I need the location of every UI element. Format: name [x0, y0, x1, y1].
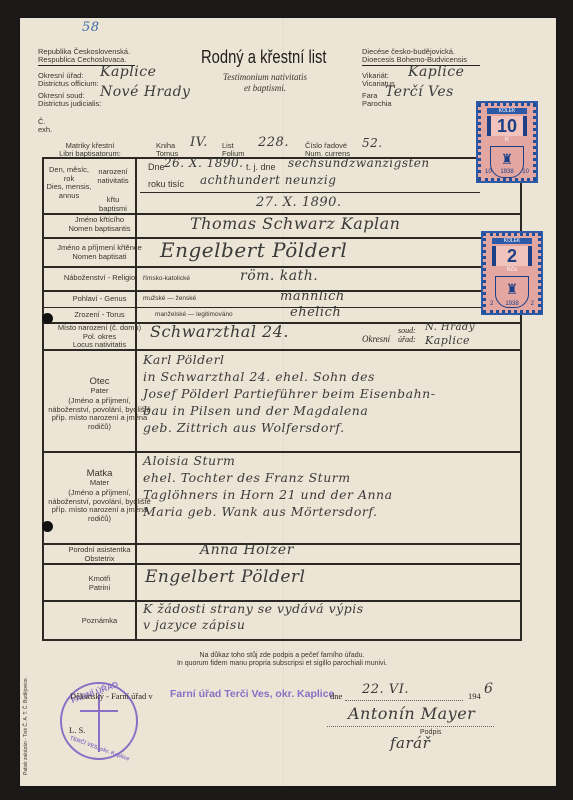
baptized-la: Nomen baptisati: [42, 253, 157, 262]
year-suffix: 6: [484, 681, 493, 697]
exh-label: exh.: [38, 126, 52, 134]
stamp-value: 10: [487, 116, 527, 136]
midwife-label: Porodní asistentka Obstetrix: [42, 546, 157, 563]
fara-la: Parochia: [362, 100, 392, 108]
date-label: Den, měsíc, rok Dies, mensis, annus: [44, 166, 94, 200]
remark-line: K žádosti strany se vydává výpis: [143, 601, 364, 617]
signer-title: farář: [390, 734, 430, 752]
kniha-value: IV.: [190, 135, 208, 150]
sex-printed: mužské — ženské: [143, 295, 196, 303]
father-line: Josef Pölderl Partieführer beim Eisenbah…: [143, 385, 435, 402]
divider: [42, 639, 522, 641]
cross-icon: [98, 694, 100, 752]
page-subtitle: Testimonium nativitatis et baptismi.: [200, 72, 330, 94]
soud-value: N. Hrady: [425, 322, 475, 333]
soud-urad-label: soud: úřad:: [398, 326, 416, 344]
father-details: Karl Pölderl in Schwarzthal 24. ehel. So…: [143, 351, 435, 436]
republic-la: Respublica Cechoslovaca.: [38, 56, 135, 64]
okresni-label: Okresní: [362, 334, 390, 344]
godparents-label: Kmotři Patrini: [42, 575, 157, 592]
urad-value: Kaplice: [425, 334, 470, 347]
narozeni-label: narození nativitatis: [93, 168, 133, 185]
birth-date-words: sechsundzwanzigsten: [288, 156, 430, 170]
signature: Antonín Mayer: [348, 704, 475, 723]
baptism-date: 27. X. 1890.: [256, 195, 342, 210]
date-line: [345, 700, 463, 701]
mother-la: Mater: [42, 479, 157, 488]
remark-label: Poznámka: [42, 617, 157, 626]
godparents-la: Patrini: [42, 584, 157, 593]
printer-note: Patisk zakázán - Tisk Č. A. T. Č. Budějo…: [22, 677, 30, 775]
punch-hole: [42, 521, 53, 532]
krtu-la: baptismi: [93, 205, 133, 214]
stamp-footer-value: 2: [490, 301, 493, 307]
diocese-la: Dioecesis Bohemo-Budvicensis: [362, 56, 480, 64]
narozeni-la: nativitatis: [93, 177, 133, 186]
baptizer-value: Thomas Schwarz Kaplan: [190, 214, 400, 233]
dne-footer-label: dne: [330, 691, 342, 701]
okresni-urad-la: Districtus officium:: [38, 80, 99, 88]
stamp-footer: 219382: [490, 301, 534, 307]
revenue-stamp-10: KOLEK 10 K ♜ 10193810: [478, 103, 536, 181]
year-prefix: 194: [468, 691, 481, 701]
godparents-value: Engelbert Pölderl: [145, 567, 305, 587]
office-stamp: Farní úřad Terči Ves, okr. Kaplice: [170, 688, 334, 700]
dne-label: Dne: [148, 163, 165, 171]
torus-printed: manželské — legitimováno: [155, 311, 233, 319]
father-line: Karl Pölderl: [143, 351, 435, 368]
punch-hole: [42, 313, 53, 324]
baptized-value: Engelbert Pölderl: [160, 238, 347, 262]
torus-value: ehelich: [290, 305, 341, 320]
stamp-header: KOLEK: [492, 238, 532, 244]
footer-proof: Na důkaz toho stůj zde podpis a pečeť fa…: [42, 652, 522, 668]
date-label-d: annus: [44, 192, 94, 201]
stamp-currency: K: [481, 137, 533, 143]
sex-label: Pohlaví - Genus: [42, 295, 157, 304]
stamp-footer: 10193810: [485, 169, 529, 175]
stamp-year: 1938: [505, 301, 518, 307]
okresni-soud-value: Nové Hrady: [100, 84, 190, 100]
mother-line: Taglöhners in Horn 21 und der Anna: [143, 486, 393, 503]
father-line: bau in Pilsen und der Magdalena: [143, 402, 435, 419]
religion-printed: římsko-katolické: [143, 275, 190, 283]
birthplace-label: Místo narození (č. domu) Pol. okres Locu…: [42, 324, 157, 350]
birthplace-value: Schwarzthal 24.: [150, 322, 289, 341]
proof-cz: Na důkaz toho stůj zde podpis a pečeť fa…: [42, 652, 522, 660]
page-title: Rodný a křestní list: [201, 47, 327, 68]
exhibit-label: Č. exh.: [38, 118, 52, 134]
divider: [42, 307, 522, 308]
stamp-footer-value: 10: [485, 169, 492, 175]
father-line: in Schwarzthal 24. ehel. Sohn des: [143, 368, 435, 385]
stamp-footer-value: 10: [522, 169, 529, 175]
cislo-value: 52.: [362, 136, 383, 150]
subtitle-line2: et baptismi.: [200, 83, 330, 94]
roku-tisic-label: roku tisíc: [148, 180, 184, 188]
soud-label: soud:: [398, 326, 416, 335]
remark-value: K žádosti strany se vydává výpis v jazyc…: [143, 601, 364, 633]
religion-value: röm. kath.: [240, 268, 318, 284]
register-label: Matriky křestní Libri baptisatorum:: [40, 142, 140, 158]
sex-value: männlich: [280, 289, 345, 304]
issue-date: 22. VI.: [362, 682, 409, 697]
stamp-currency: Kčs: [486, 267, 538, 273]
ls-label: L. S.: [69, 725, 85, 735]
torus-label: Zrození - Torus: [42, 311, 157, 320]
table-border-right: [520, 157, 522, 639]
vikariat-value: Kaplice: [408, 64, 464, 80]
midwife-la: Obstetrix: [42, 555, 157, 564]
mother-line: Aloisia Sturm: [143, 452, 393, 469]
mother-line: Maria geb. Wank aus Mörtersdorf.: [143, 503, 393, 520]
revenue-stamp-2: KOLEK 2 Kčs ♜ 219382: [483, 233, 541, 313]
stamp-header: KOLEK: [487, 108, 527, 114]
father-la: Pater: [42, 387, 157, 396]
okresni-urad-label: Okresní úřad: Districtus officium:: [38, 72, 99, 88]
father-line: geb. Zittrich aus Wolfersdorf.: [143, 419, 435, 436]
okresni-soud-la: Districtus judicialis:: [38, 100, 101, 108]
mother-label: Matka Mater (Jméno a příjmení, náboženst…: [42, 470, 157, 523]
cross-icon-bar: [80, 710, 118, 712]
signature-line: [327, 726, 494, 727]
religion-label: Náboženství - Religio: [42, 274, 157, 283]
mother-line: ehel. Tochter des Franz Sturm: [143, 469, 393, 486]
baptized-label: Jméno a příjmení křtěnce Nomen baptisati: [42, 244, 157, 261]
birthplace-la: Locus nativitatis: [42, 341, 157, 350]
archive-number: 58: [82, 20, 100, 35]
father-note: (Jméno a příjmení, náboženství, povolání…: [42, 397, 157, 431]
fara-value: Terčí Ves: [385, 84, 454, 100]
remark-line: v jazyce zápisu: [143, 617, 364, 633]
stamp-footer-value: 2: [531, 301, 534, 307]
subtitle-line1: Testimonium nativitatis: [200, 72, 330, 83]
divider: [42, 563, 522, 565]
baptizer-label: Jméno křtícího Nomen baptisantis: [42, 216, 157, 233]
father-label: Otec Pater (Jméno a příjmení, náboženstv…: [42, 378, 157, 431]
proof-la: In quorum fidem manu propria subscripsi …: [42, 660, 522, 668]
mother-note: (Jméno a příjmení, náboženství, povolání…: [42, 489, 157, 523]
birth-year-words: achthundert neunzig: [200, 173, 336, 187]
tj-dne-label: t. j. dne: [246, 163, 276, 171]
urad-label: úřad:: [398, 335, 416, 344]
midwife-value: Anna Holzer: [200, 542, 294, 558]
mother-details: Aloisia Sturm ehel. Tochter des Franz St…: [143, 452, 393, 520]
list-value: 228.: [258, 135, 289, 150]
stamp-year: 1938: [500, 169, 513, 175]
office-label: Děkanský - Farní úřad v: [70, 691, 153, 701]
divider: [140, 192, 480, 193]
okresni-soud-label: Okresní soud: Districtus judicialis:: [38, 92, 101, 108]
baptizer-la: Nomen baptisantis: [42, 225, 157, 234]
okresni-urad-value: Kaplice: [100, 64, 156, 80]
birth-date: 26. X. 1890.: [164, 156, 243, 170]
stamp-value: 2: [492, 246, 532, 266]
krtu-label: křtu baptismi: [93, 196, 133, 213]
